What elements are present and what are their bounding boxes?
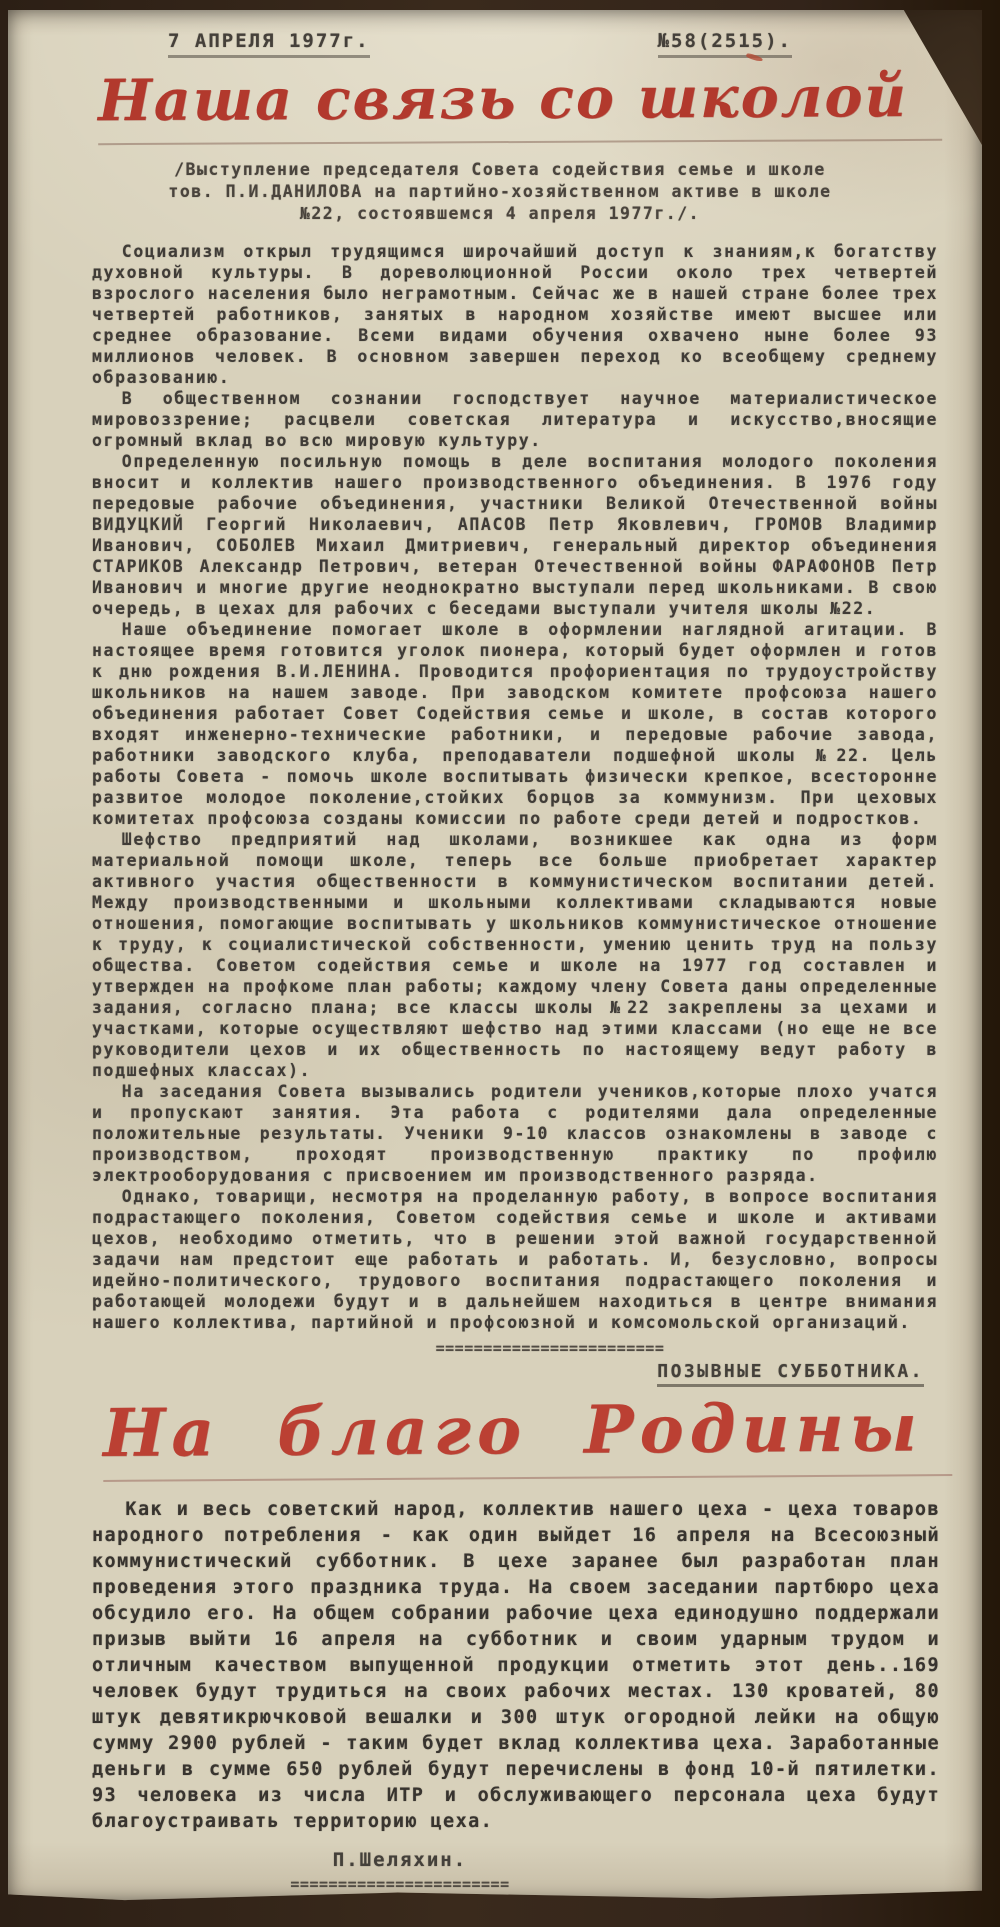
paragraph: В общественном сознании господствует нау… bbox=[92, 388, 938, 451]
paragraph: Однако, товарищи, несмотря на проделанну… bbox=[92, 1186, 938, 1333]
issue-number: №58(2515). bbox=[658, 30, 792, 58]
paragraph: Определенную посильную помощь в деле вос… bbox=[92, 451, 938, 619]
article1-body: Социализм открыл трудящимся широчайший д… bbox=[92, 241, 938, 1333]
paragraph: Наше объединение помогает школе в оформл… bbox=[92, 619, 938, 829]
paragraph: Социализм открыл трудящимся широчайший д… bbox=[92, 241, 938, 388]
typed-divider: ======================= bbox=[0, 1875, 887, 1893]
newspaper-page: 7 АПРЕЛЯ 1977г. №58(2515). Наша связь со… bbox=[8, 10, 982, 1902]
issue-date: 7 АПРЕЛЯ 1977г. bbox=[168, 30, 370, 58]
article2-title: На благо Родины bbox=[103, 1393, 953, 1482]
kicker-text: ПОЗЫВНЫЕ СУББОТНИКА. bbox=[657, 1361, 924, 1387]
article1-title: Наша связь со школой bbox=[98, 66, 942, 145]
page-footer: П.Шеляхин. ======================= - Р Е… bbox=[0, 1849, 887, 1926]
subtitle-line: тов. П.И.ДАНИЛОВА на партийно-хозяйствен… bbox=[78, 181, 922, 203]
article2-body: Как и весь советский народ, коллектив на… bbox=[92, 1497, 940, 1835]
subtitle-line: №22, состоявшемся 4 апреля 1977г./. bbox=[78, 203, 922, 225]
paragraph: На заседания Совета вызывались родители … bbox=[92, 1081, 938, 1186]
typed-divider: ======================== bbox=[8, 1339, 982, 1357]
editorial-board-label: - Р Е Д К О Л Л Е Г И Я - bbox=[0, 1901, 887, 1926]
masthead: 7 АПРЕЛЯ 1977г. №58(2515). bbox=[8, 10, 982, 58]
subtitle-line: /Выступление председателя Совета содейст… bbox=[78, 159, 922, 181]
article1-subtitle: /Выступление председателя Совета содейст… bbox=[78, 159, 922, 225]
paragraph: Как и весь советский народ, коллектив на… bbox=[92, 1497, 940, 1835]
author-signature: П.Шеляхин. bbox=[0, 1849, 887, 1871]
paragraph: Шефство предприятий над школами, возникш… bbox=[92, 829, 938, 1081]
article2-kicker: ПОЗЫВНЫЕ СУББОТНИКА. bbox=[8, 1361, 924, 1382]
